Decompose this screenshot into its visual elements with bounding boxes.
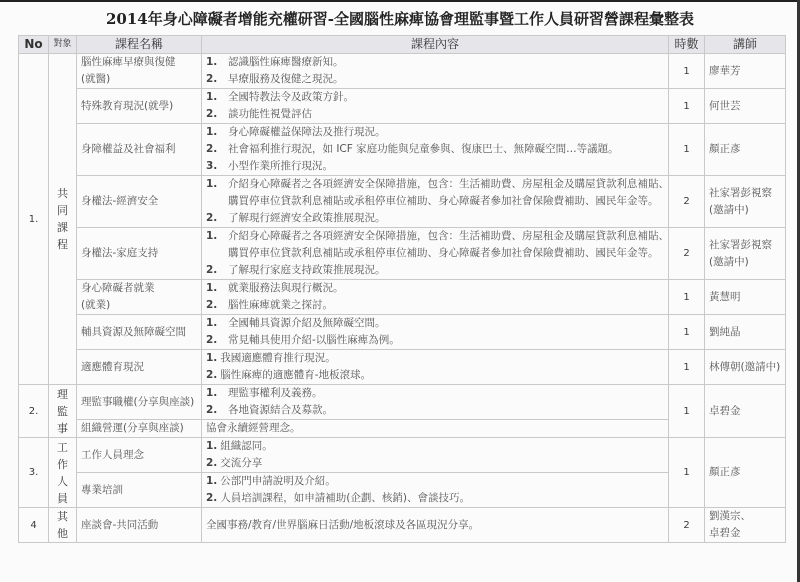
item-number: 2. xyxy=(206,210,228,227)
content-item: 1.全國輔具資源介紹及無障礙空間。 xyxy=(206,315,664,332)
item-text: 我國適應體育推行現況。 xyxy=(220,352,336,364)
item-number: 2. xyxy=(206,455,217,472)
item-text-continued: 購買停車位貸款利息補貼或承租停車位補助、身心障礙者參加社會保險費補助、國民年金等… xyxy=(206,245,664,262)
course-name-line: 輔具資源及無障礙空間 xyxy=(81,324,197,341)
target-char: 工 xyxy=(53,439,72,456)
table-row: 輔具資源及無障礙空間1.全國輔具資源介紹及無障礙空間。2.常見輔具使用介紹-以腦… xyxy=(19,315,786,350)
target-char: 作 xyxy=(53,456,72,473)
content-item: 2.各地資源結合及募款。 xyxy=(206,402,664,419)
course-hours: 1 xyxy=(669,315,705,350)
item-text-continued: 購買停車位貸款利息補貼或承租停車位補助、身心障礙者參加社會保險費補助、國民年金等… xyxy=(206,193,664,210)
course-hours: 1 xyxy=(669,124,705,176)
table-row: 適應體育現況1.我國適應體育推行現況。2.腦性麻痺的適應體育-地板滾球。1林傳朝… xyxy=(19,350,786,385)
course-name-line: 座談會-共同活動 xyxy=(81,517,197,534)
table-row: 身權法-經濟安全1.介紹身心障礙者之各項經濟安全保障措施，包含：生活補助費、房屋… xyxy=(19,176,786,228)
course-name: 身權法-家庭支持 xyxy=(77,228,202,280)
course-content: 1.組織認同。2.交流分享 xyxy=(202,438,669,473)
course-content: 1.認識腦性麻痺醫療新知。2.早療服務及復健之現況。 xyxy=(202,54,669,89)
course-name-line: 適應體育現況 xyxy=(81,359,197,376)
course-hours: 2 xyxy=(669,176,705,228)
item-number: 1. xyxy=(206,89,228,106)
item-number: 2. xyxy=(206,367,217,384)
header-teacher: 講師 xyxy=(705,36,786,54)
item-number: 1. xyxy=(206,228,228,245)
teacher-line: 黃慧明 xyxy=(709,289,781,306)
teacher-line: 廖華芳 xyxy=(709,63,781,80)
item-text: 人員培訓課程，如申請補助(企劃、核銷)、會談技巧。 xyxy=(220,492,470,504)
target-char: 他 xyxy=(53,525,72,542)
table-row: 身障權益及社會福利1.身心障礙權益保障法及推行現況。2.社會福利推行現況，如 I… xyxy=(19,124,786,176)
course-name: 身障權益及社會福利 xyxy=(77,124,202,176)
item-number: 1. xyxy=(206,438,217,455)
item-number: 2. xyxy=(206,262,228,279)
course-teacher: 社家署彭視察(邀請中) xyxy=(705,228,786,280)
header-no: No xyxy=(19,36,49,54)
content-item: 2.了解現行經濟安全政策推展現況。 xyxy=(206,210,664,227)
course-content: 1.理監事權利及義務。2.各地資源結合及募款。 xyxy=(202,385,669,420)
teacher-line: 社家署彭視察 xyxy=(709,237,781,254)
course-name: 輔具資源及無障礙空間 xyxy=(77,315,202,350)
course-name-line: 工作人員理念 xyxy=(81,447,197,464)
course-hours: 1 xyxy=(669,280,705,315)
content-item: 2.腦性麻痺就業之探討。 xyxy=(206,297,664,314)
table-row: 1.共同課程腦性麻痺早療與復健(就醫)1.認識腦性麻痺醫療新知。2.早療服務及復… xyxy=(19,54,786,89)
course-teacher: 劉純晶 xyxy=(705,315,786,350)
table-row: 3.工作人員工作人員理念1.組織認同。2.交流分享1顏正彥 xyxy=(19,438,786,473)
item-text: 各地資源結合及募款。 xyxy=(228,404,333,416)
group-number: 1. xyxy=(19,54,49,385)
course-teacher: 社家署彭視察(邀請中) xyxy=(705,176,786,228)
group-number: 3. xyxy=(19,438,49,508)
teacher-line: (邀請中) xyxy=(709,254,781,271)
item-number: 1. xyxy=(206,385,228,402)
course-content: 1.我國適應體育推行現況。2.腦性麻痺的適應體育-地板滾球。 xyxy=(202,350,669,385)
course-content: 1.介紹身心障礙者之各項經濟安全保障措施，包含：生活補助費、房屋租金及購屋貸款利… xyxy=(202,228,669,280)
course-teacher: 廖華芳 xyxy=(705,54,786,89)
teacher-line: 顏正彥 xyxy=(709,141,781,158)
course-teacher: 黃慧明 xyxy=(705,280,786,315)
group-target: 工作人員 xyxy=(49,438,77,508)
target-char: 同 xyxy=(53,202,72,219)
target-char: 員 xyxy=(53,490,72,507)
content-item: 2.腦性麻痺的適應體育-地板滾球。 xyxy=(206,367,664,384)
course-name: 特殊教育現況(就學) xyxy=(77,89,202,124)
content-item: 1.身心障礙權益保障法及推行現況。 xyxy=(206,124,664,141)
table-row: 4其他座談會-共同活動全國事務/教育/世界腦麻日活動/地板滾球及各區現況分享。2… xyxy=(19,508,786,543)
item-text: 介紹身心障礙者之各項經濟安全保障措施，包含：生活補助費、房屋租金及購屋貸款利息補… xyxy=(228,230,669,242)
teacher-line: 何世芸 xyxy=(709,98,781,115)
course-name: 專業培訓 xyxy=(77,473,202,508)
item-text: 了解現行經濟安全政策推展現況。 xyxy=(228,212,386,224)
target-char: 其 xyxy=(53,508,72,525)
course-name: 座談會-共同活動 xyxy=(77,508,202,543)
item-text: 腦性麻痺的適應體育-地板滾球。 xyxy=(220,369,371,381)
course-name-line: 專業培訓 xyxy=(81,482,197,499)
item-number: 2. xyxy=(206,71,228,88)
item-number: 1. xyxy=(206,54,228,71)
content-item: 2.早療服務及復健之現況。 xyxy=(206,71,664,88)
teacher-line: 卓碧金 xyxy=(709,525,781,542)
course-name: 組織營運(分享與座談) xyxy=(77,420,202,438)
course-content: 1.就業服務法與現行概況。2.腦性麻痺就業之探討。 xyxy=(202,280,669,315)
item-text: 就業服務法與現行概況。 xyxy=(228,282,344,294)
content-item: 1.介紹身心障礙者之各項經濟安全保障措施，包含：生活補助費、房屋租金及購屋貸款利… xyxy=(206,228,664,245)
item-text: 小型作業所推行現況。 xyxy=(228,160,333,172)
header-course-name: 課程名稱 xyxy=(77,36,202,54)
item-text: 常見輔具使用介紹-以腦性麻痺為例。 xyxy=(228,334,400,346)
content-item: 1.理監事權利及義務。 xyxy=(206,385,664,402)
teacher-line: 林傳朝(邀請中) xyxy=(709,359,781,376)
header-row: No 對象 課程名稱 課程內容 時數 講師 xyxy=(19,36,786,54)
target-char: 人 xyxy=(53,473,72,490)
course-teacher: 顏正彥 xyxy=(705,124,786,176)
course-name-line: 身權法-經濟安全 xyxy=(81,193,197,210)
course-name-line: (就業) xyxy=(81,297,197,314)
course-name-line: (就醫) xyxy=(81,71,197,88)
course-hours: 2 xyxy=(669,508,705,543)
item-text: 認識腦性麻痺醫療新知。 xyxy=(228,56,344,68)
target-char: 理 xyxy=(53,386,72,403)
item-text: 理監事權利及義務。 xyxy=(228,387,323,399)
item-number: 1. xyxy=(206,315,228,332)
course-content: 協會永續經營理念。 xyxy=(202,420,669,438)
teacher-line: 卓碧金 xyxy=(709,403,781,420)
item-text: 社會福利推行現況，如 ICF 家庭功能與兒童參與、復康巴士、無障礙空間…等議題。 xyxy=(228,143,619,155)
item-number: 1. xyxy=(206,350,217,367)
course-hours: 1 xyxy=(669,438,705,508)
course-teacher: 卓碧金 xyxy=(705,385,786,438)
course-hours: 1 xyxy=(669,89,705,124)
item-number: 1. xyxy=(206,176,228,193)
table-row: 身權法-家庭支持1.介紹身心障礙者之各項經濟安全保障措施，包含：生活補助費、房屋… xyxy=(19,228,786,280)
content-item: 2.社會福利推行現況，如 ICF 家庭功能與兒童參與、復康巴士、無障礙空間…等議… xyxy=(206,141,664,158)
group-number: 2. xyxy=(19,385,49,438)
document-title: 2014年身心障礙者增能充權研習-全國腦性麻痺協會理監事暨工作人員研習營課程彙整… xyxy=(0,8,800,29)
content-item: 2.人員培訓課程，如申請補助(企劃、核銷)、會談技巧。 xyxy=(206,490,664,507)
target-char: 事 xyxy=(53,420,72,437)
course-name: 身權法-經濟安全 xyxy=(77,176,202,228)
course-name-line: 理監事職權(分享與座談) xyxy=(81,394,197,411)
item-text: 全國特教法令及政策方針。 xyxy=(228,91,354,103)
target-char: 監 xyxy=(53,403,72,420)
header-target: 對象 xyxy=(49,36,77,54)
course-name: 工作人員理念 xyxy=(77,438,202,473)
content-item: 2.談功能性視覺評估 xyxy=(206,106,664,123)
item-number: 1. xyxy=(206,280,228,297)
course-teacher: 林傳朝(邀請中) xyxy=(705,350,786,385)
teacher-line: 劉純晶 xyxy=(709,324,781,341)
course-name-line: 腦性麻痺早療與復健 xyxy=(81,54,197,71)
target-char: 課 xyxy=(53,219,72,236)
header-hours: 時數 xyxy=(669,36,705,54)
teacher-line: 社家署彭視察 xyxy=(709,185,781,202)
content-text: 全國事務/教育/世界腦麻日活動/地板滾球及各區現況分享。 xyxy=(206,517,664,534)
course-name: 理監事職權(分享與座談) xyxy=(77,385,202,420)
content-item: 1.我國適應體育推行現況。 xyxy=(206,350,664,367)
course-name-line: 身障權益及社會福利 xyxy=(81,141,197,158)
item-number: 2. xyxy=(206,106,228,123)
item-text: 交流分享 xyxy=(220,457,262,469)
content-item: 2.常見輔具使用介紹-以腦性麻痺為例。 xyxy=(206,332,664,349)
item-text: 公部門申請說明及介紹。 xyxy=(220,475,336,487)
teacher-line: 顏正彥 xyxy=(709,464,781,481)
course-name: 腦性麻痺早療與復健(就醫) xyxy=(77,54,202,89)
course-teacher: 何世芸 xyxy=(705,89,786,124)
content-item: 3.小型作業所推行現況。 xyxy=(206,158,664,175)
target-char: 共 xyxy=(53,185,72,202)
content-item: 1.介紹身心障礙者之各項經濟安全保障措施，包含：生活補助費、房屋租金及購屋貸款利… xyxy=(206,176,664,193)
item-text: 全國輔具資源介紹及無障礙空間。 xyxy=(228,317,386,329)
teacher-line: 劉漢宗、 xyxy=(709,508,781,525)
table-row: 身心障礙者就業(就業)1.就業服務法與現行概況。2.腦性麻痺就業之探討。1黃慧明 xyxy=(19,280,786,315)
target-char: 程 xyxy=(53,236,72,253)
course-content: 全國事務/教育/世界腦麻日活動/地板滾球及各區現況分享。 xyxy=(202,508,669,543)
course-content: 1.公部門申請說明及介紹。2.人員培訓課程，如申請補助(企劃、核銷)、會談技巧。 xyxy=(202,473,669,508)
course-hours: 1 xyxy=(669,54,705,89)
course-teacher: 劉漢宗、卓碧金 xyxy=(705,508,786,543)
content-item: 1.就業服務法與現行概況。 xyxy=(206,280,664,297)
table-row: 2.理監事理監事職權(分享與座談)1.理監事權利及義務。2.各地資源結合及募款。… xyxy=(19,385,786,420)
content-item: 1.公部門申請說明及介紹。 xyxy=(206,473,664,490)
course-name: 適應體育現況 xyxy=(77,350,202,385)
item-number: 1. xyxy=(206,124,228,141)
item-number: 2. xyxy=(206,490,217,507)
item-number: 1. xyxy=(206,473,217,490)
item-number: 2. xyxy=(206,297,228,314)
item-text: 身心障礙權益保障法及推行現況。 xyxy=(228,126,386,138)
course-hours: 2 xyxy=(669,228,705,280)
group-number: 4 xyxy=(19,508,49,543)
item-text: 早療服務及復健之現況。 xyxy=(228,73,344,85)
course-name-line: 組織營運(分享與座談) xyxy=(81,420,197,437)
teacher-line: (邀請中) xyxy=(709,202,781,219)
item-number: 3. xyxy=(206,158,228,175)
table-row: 特殊教育現況(就學)1.全國特教法令及政策方針。2.談功能性視覺評估1何世芸 xyxy=(19,89,786,124)
course-name: 身心障礙者就業(就業) xyxy=(77,280,202,315)
content-item: 2.了解現行家庭支持政策推展現況。 xyxy=(206,262,664,279)
item-number: 2. xyxy=(206,402,228,419)
item-text: 組織認同。 xyxy=(220,440,273,452)
group-target: 共同課程 xyxy=(49,54,77,385)
course-name-line: 身權法-家庭支持 xyxy=(81,245,197,262)
content-item: 1.全國特教法令及政策方針。 xyxy=(206,89,664,106)
item-text: 談功能性視覺評估 xyxy=(228,108,312,120)
course-content: 1.介紹身心障礙者之各項經濟安全保障措施，包含：生活補助費、房屋租金及購屋貸款利… xyxy=(202,176,669,228)
course-name-line: 特殊教育現況(就學) xyxy=(81,98,197,115)
item-text: 腦性麻痺就業之探討。 xyxy=(228,299,333,311)
course-table: No 對象 課程名稱 課程內容 時數 講師 1.共同課程腦性麻痺早療與復健(就醫… xyxy=(18,35,786,543)
course-name-line: 身心障礙者就業 xyxy=(81,280,197,297)
content-item: 2.交流分享 xyxy=(206,455,664,472)
course-hours: 1 xyxy=(669,385,705,438)
item-number: 2. xyxy=(206,141,228,158)
course-teacher: 顏正彥 xyxy=(705,438,786,508)
item-text: 了解現行家庭支持政策推展現況。 xyxy=(228,264,386,276)
item-text: 介紹身心障礙者之各項經濟安全保障措施，包含：生活補助費、房屋租金及購屋貸款利息補… xyxy=(228,178,669,190)
group-target: 其他 xyxy=(49,508,77,543)
course-content: 1.全國輔具資源介紹及無障礙空間。2.常見輔具使用介紹-以腦性麻痺為例。 xyxy=(202,315,669,350)
content-text: 協會永續經營理念。 xyxy=(206,420,664,437)
group-target: 理監事 xyxy=(49,385,77,438)
content-item: 1.組織認同。 xyxy=(206,438,664,455)
scan-edge-top xyxy=(0,0,800,2)
content-item: 1.認識腦性麻痺醫療新知。 xyxy=(206,54,664,71)
header-content: 課程內容 xyxy=(202,36,669,54)
course-content: 1.全國特教法令及政策方針。2.談功能性視覺評估 xyxy=(202,89,669,124)
course-hours: 1 xyxy=(669,350,705,385)
item-number: 2. xyxy=(206,332,228,349)
course-content: 1.身心障礙權益保障法及推行現況。2.社會福利推行現況，如 ICF 家庭功能與兒… xyxy=(202,124,669,176)
